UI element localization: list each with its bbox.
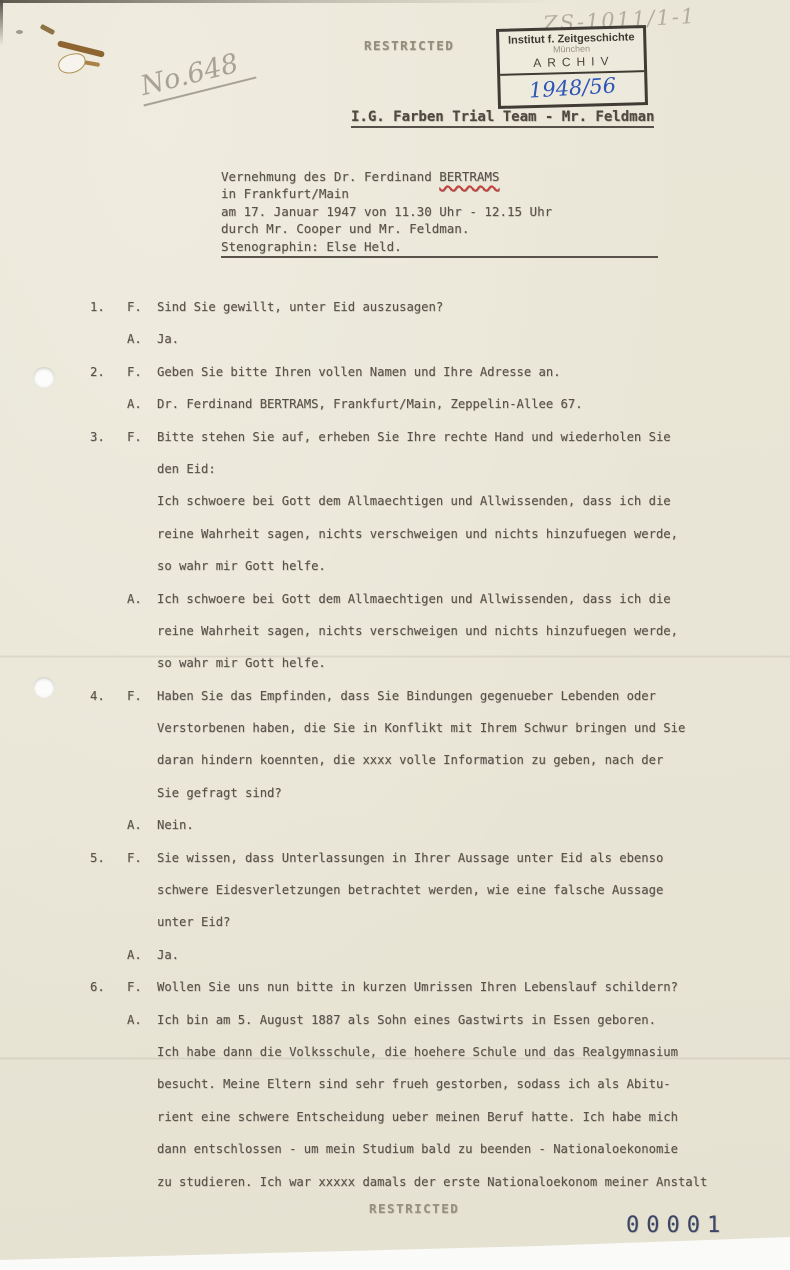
question-line: 1.F.Sind Sie gewillt, unter Eid auszusag…: [0, 291, 790, 323]
question-text: den Eid:: [157, 462, 216, 476]
answer-label: A.: [127, 583, 142, 615]
question-text: schwere Eidesverletzungen betrachtet wer…: [157, 883, 663, 897]
header-line-place: in Frankfurt/Main: [221, 185, 658, 202]
answer-text: so wahr mir Gott helfe.: [157, 656, 326, 670]
answer-label: A.: [127, 388, 142, 420]
answer-text: Ja.: [157, 332, 179, 346]
answer-line: dann entschlossen - um mein Studium bald…: [0, 1133, 790, 1165]
question-line: schwere Eidesverletzungen betrachtet wer…: [0, 874, 790, 906]
answer-label: A.: [127, 323, 142, 355]
interrogation-header: Vernehmung des Dr. Ferdinand BERTRAMS in…: [221, 168, 658, 258]
item-number: 3.: [90, 421, 105, 453]
answer-text: zu studieren. Ich war xxxxx damals der e…: [157, 1175, 707, 1189]
answer-line: A.Ja.: [0, 323, 790, 355]
paper-stain: [16, 30, 23, 34]
question-text: unter Eid?: [157, 915, 230, 929]
scan-edge-left: [0, 0, 3, 46]
answer-line: so wahr mir Gott helfe.: [0, 647, 790, 679]
answer-text: Dr. Ferdinand BERTRAMS, Frankfurt/Main, …: [157, 397, 583, 411]
question-text: Haben Sie das Empfinden, dass Sie Bindun…: [157, 689, 656, 703]
classification-stamp-top: RESTRICTED: [364, 38, 454, 53]
question-line: Sie gefragt sind?: [0, 777, 790, 809]
stenographer-text: Stenographin: Else Held.: [221, 238, 658, 258]
classification-stamp-bottom: RESTRICTED: [369, 1201, 459, 1216]
archive-stamp-number: 1948/56: [500, 70, 646, 109]
question-line: Ich schwoere bei Gott dem Allmaechtigen …: [0, 485, 790, 517]
answer-line: reine Wahrheit sagen, nichts verschweige…: [0, 615, 790, 647]
archive-stamp: Institut f. Zeitgeschichte München ARCHI…: [496, 25, 648, 109]
answer-line: Ich habe dann die Volksschule, die hoehe…: [0, 1036, 790, 1068]
question-label: F.: [127, 971, 142, 1003]
item-number: 5.: [90, 842, 105, 874]
question-label: F.: [127, 356, 142, 388]
answer-label: A.: [127, 1004, 142, 1036]
question-line: daran hindern koennten, die xxxx volle I…: [0, 744, 790, 776]
question-text: Sie gefragt sind?: [157, 786, 282, 800]
question-text: Verstorbenen haben, die Sie in Konflikt …: [157, 721, 685, 735]
answer-text: Ich schwoere bei Gott dem Allmaechtigen …: [157, 592, 671, 606]
question-text: so wahr mir Gott helfe.: [157, 559, 326, 573]
question-text: Geben Sie bitte Ihren vollen Namen und I…: [157, 365, 561, 379]
header-subject-prefix: Vernehmung des Dr. Ferdinand: [221, 169, 439, 184]
question-line: 6.F.Wollen Sie uns nun bitte in kurzen U…: [0, 971, 790, 1003]
question-line: 4.F.Haben Sie das Empfinden, dass Sie Bi…: [0, 680, 790, 712]
question-text: Wollen Sie uns nun bitte in kurzen Umris…: [157, 980, 678, 994]
question-text: Sie wissen, dass Unterlassungen in Ihrer…: [157, 851, 663, 865]
answer-line: A.Ich schwoere bei Gott dem Allmaechtige…: [0, 583, 790, 615]
question-text: Bitte stehen Sie auf, erheben Sie Ihre r…: [157, 430, 671, 444]
question-line: 5.F.Sie wissen, dass Unterlassungen in I…: [0, 842, 790, 874]
question-line: unter Eid?: [0, 906, 790, 938]
question-line: so wahr mir Gott helfe.: [0, 550, 790, 582]
question-text: reine Wahrheit sagen, nichts verschweige…: [157, 527, 678, 541]
question-line: 2.F.Geben Sie bitte Ihren vollen Namen u…: [0, 356, 790, 388]
page-number-stamp: 00001: [626, 1213, 727, 1238]
header-line-subject: Vernehmung des Dr. Ferdinand BERTRAMS: [221, 168, 658, 185]
question-line: 3.F.Bitte stehen Sie auf, erheben Sie Ih…: [0, 421, 790, 453]
question-label: F.: [127, 291, 142, 323]
question-text: daran hindern koennten, die xxxx volle I…: [157, 753, 663, 767]
answer-line: rient eine schwere Entscheidung ueber me…: [0, 1101, 790, 1133]
question-line: den Eid:: [0, 453, 790, 485]
question-text: Ich schwoere bei Gott dem Allmaechtigen …: [157, 494, 671, 508]
answer-line: A.Ja.: [0, 939, 790, 971]
header-line-stenographer: Stenographin: Else Held.: [221, 238, 658, 258]
header-line-interrogators: durch Mr. Cooper und Mr. Feldman.: [221, 220, 658, 237]
answer-text: Ich habe dann die Volksschule, die hoehe…: [157, 1045, 678, 1059]
answer-line: A.Nein.: [0, 809, 790, 841]
answer-text: besucht. Meine Eltern sind sehr frueh ge…: [157, 1077, 671, 1091]
answer-text: dann entschlossen - um mein Studium bald…: [157, 1142, 678, 1156]
question-label: F.: [127, 842, 142, 874]
question-label: F.: [127, 421, 142, 453]
item-number: 6.: [90, 971, 105, 1003]
question-text: Sind Sie gewillt, unter Eid auszusagen?: [157, 300, 443, 314]
item-number: 2.: [90, 356, 105, 388]
question-label: F.: [127, 680, 142, 712]
item-number: 4.: [90, 680, 105, 712]
scan-edge-top: [0, 0, 560, 3]
header-subject-name: BERTRAMS: [439, 169, 499, 184]
header-line-datetime: am 17. Januar 1947 von 11.30 Uhr - 12.15…: [221, 203, 658, 220]
qa-list: 1.F.Sind Sie gewillt, unter Eid auszusag…: [0, 291, 790, 1198]
answer-line: besucht. Meine Eltern sind sehr frueh ge…: [0, 1068, 790, 1100]
answer-label: A.: [127, 939, 142, 971]
answer-line: zu studieren. Ich war xxxxx damals der e…: [0, 1166, 790, 1198]
answer-text: Nein.: [157, 818, 194, 832]
answer-line: A.Dr. Ferdinand BERTRAMS, Frankfurt/Main…: [0, 388, 790, 420]
item-number: 1.: [90, 291, 105, 323]
answer-text: Ich bin am 5. August 1887 als Sohn eines…: [157, 1013, 656, 1027]
recipient-line: I.G. Farben Trial Team - Mr. Feldman: [351, 109, 654, 128]
answer-text: Ja.: [157, 948, 179, 962]
question-line: Verstorbenen haben, die Sie in Konflikt …: [0, 712, 790, 744]
answer-label: A.: [127, 809, 142, 841]
answer-text: rient eine schwere Entscheidung ueber me…: [157, 1110, 678, 1124]
answer-text: reine Wahrheit sagen, nichts verschweige…: [157, 624, 678, 638]
answer-line: A.Ich bin am 5. August 1887 als Sohn ein…: [0, 1004, 790, 1036]
question-line: reine Wahrheit sagen, nichts verschweige…: [0, 518, 790, 550]
